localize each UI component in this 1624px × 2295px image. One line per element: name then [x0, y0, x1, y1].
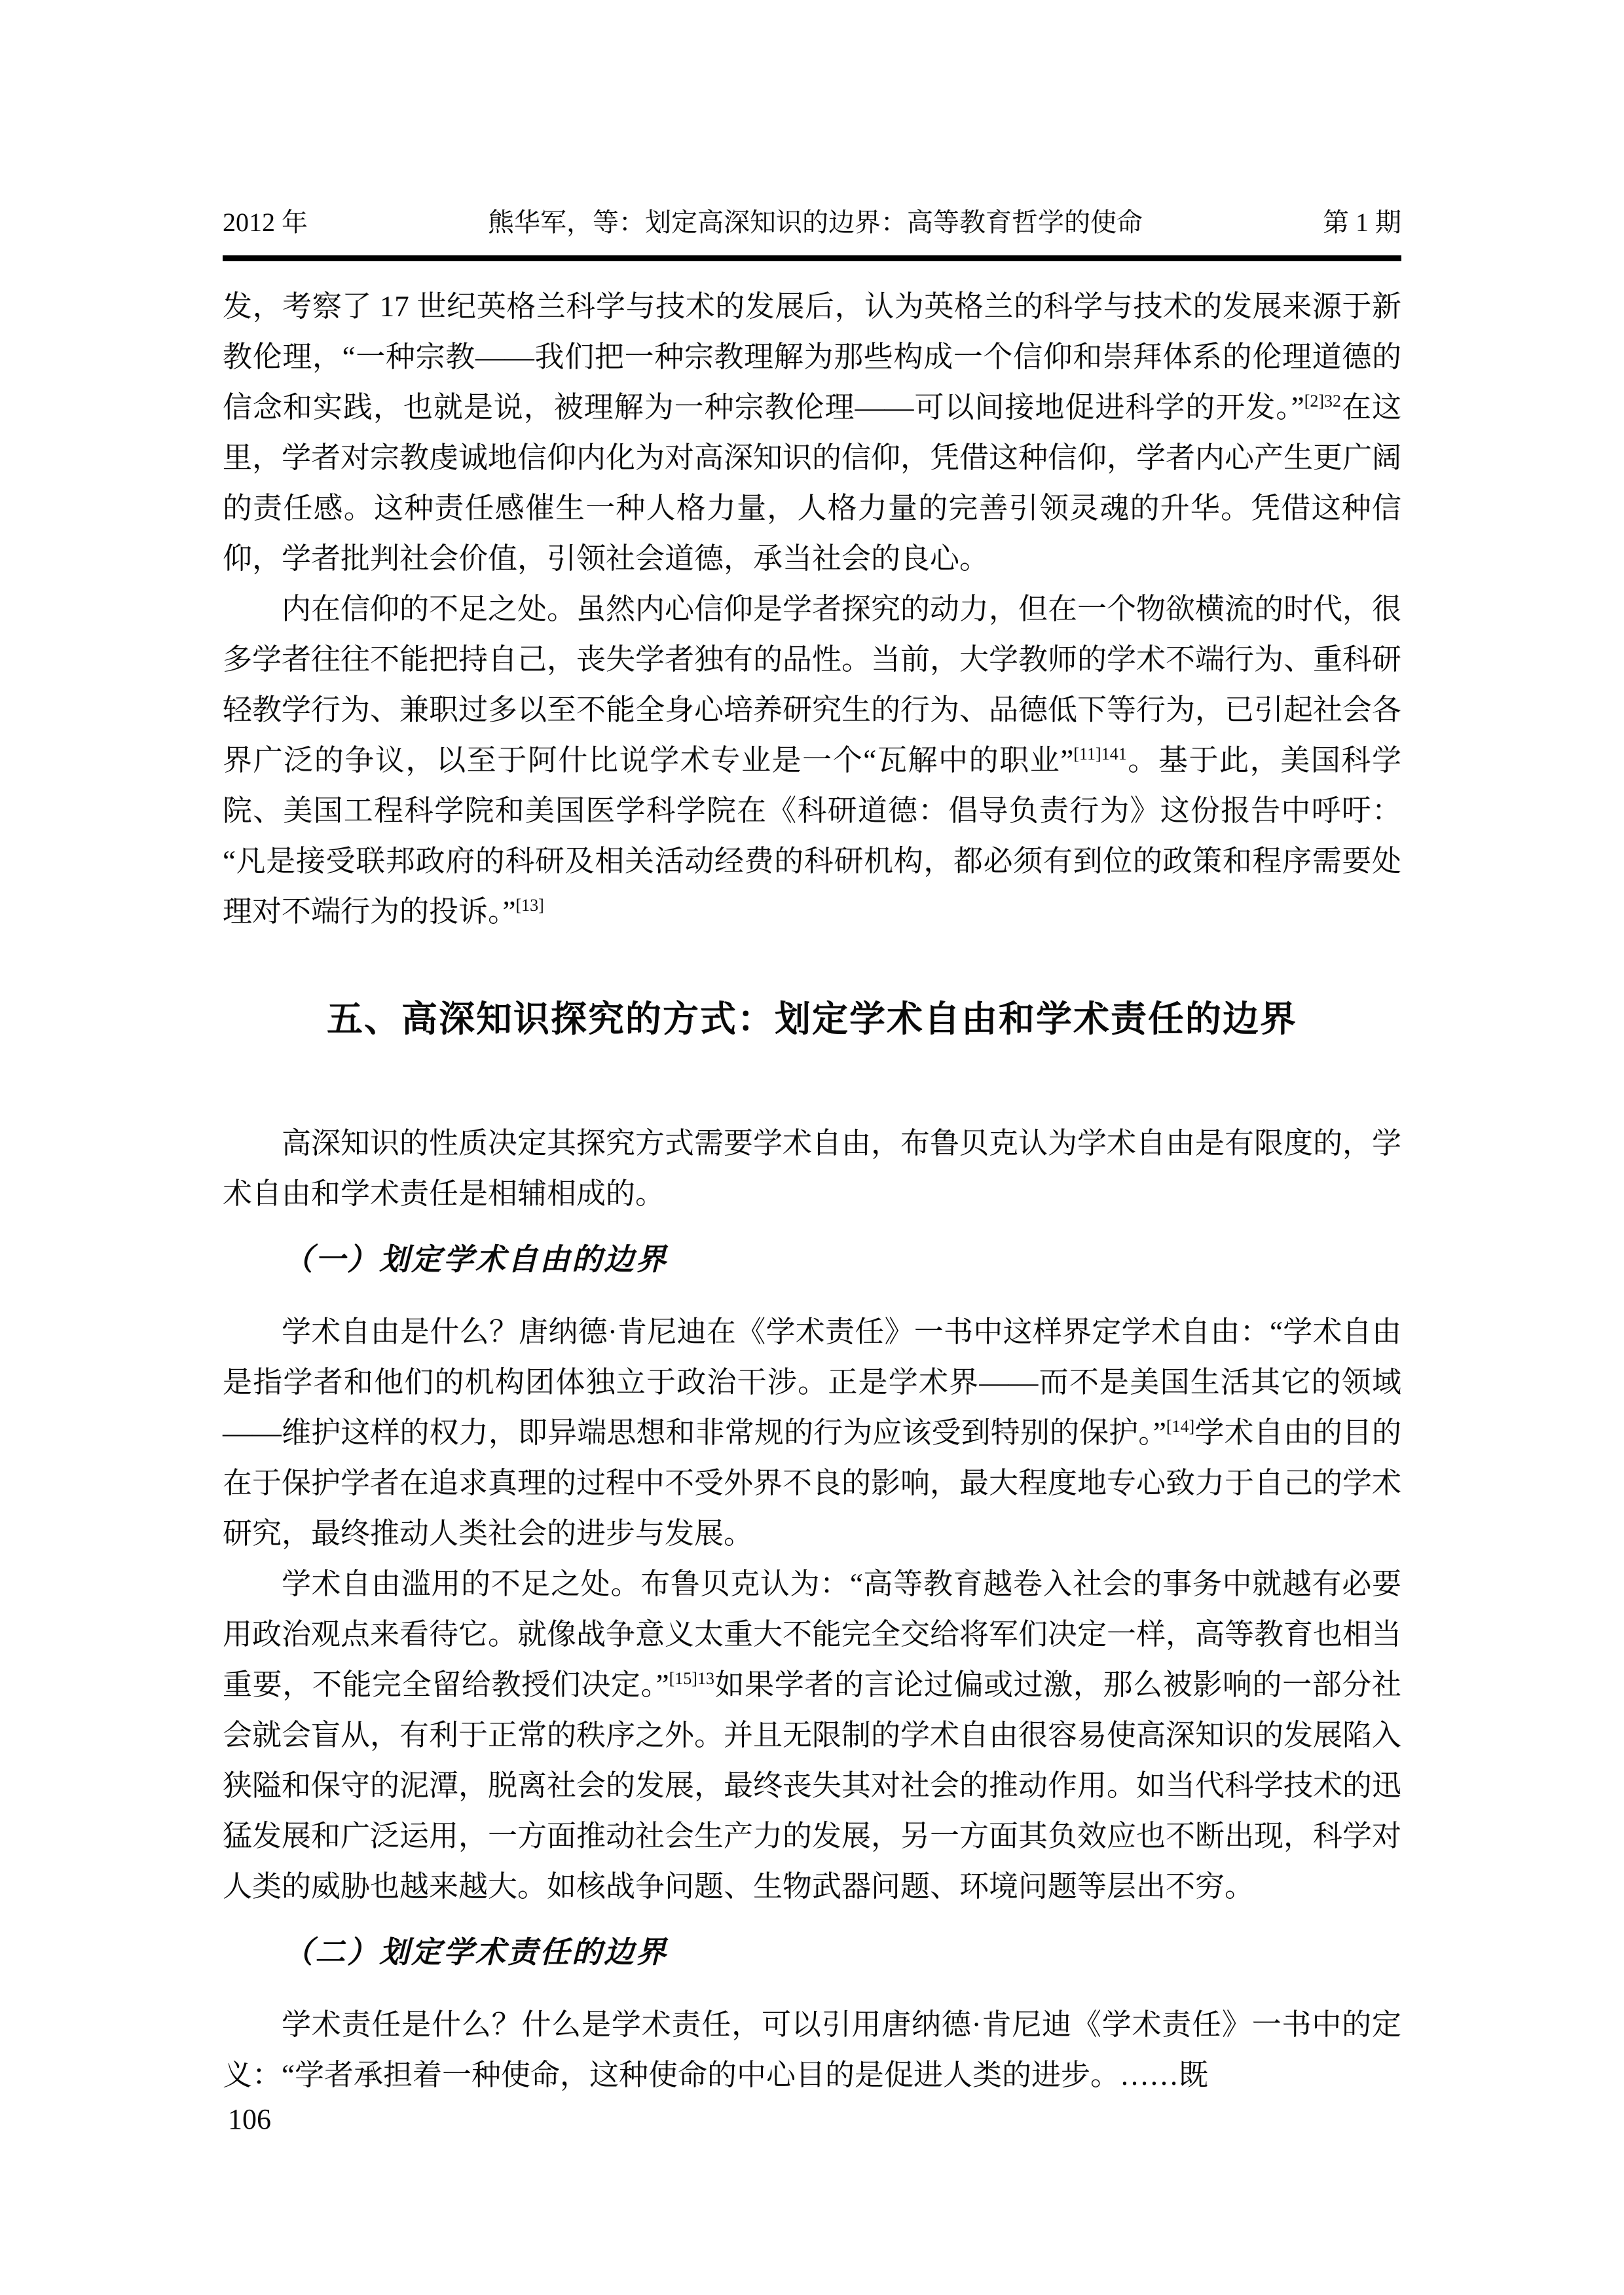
journal-page: 2012 年 熊华军，等：划定高深知识的边界：高等教育哲学的使命 第 1 期 发… [0, 0, 1624, 2295]
header-year: 2012 年 [223, 207, 308, 238]
subsection-heading-2: （二）划定学术责任的边界 [223, 1933, 1401, 1972]
paragraph-6-text: 学术责任是什么？什么是学术责任，可以引用唐纳德·肯尼迪《学术责任》一书中的定义：… [223, 2008, 1401, 2091]
header-title: 熊华军，等：划定高深知识的边界：高等教育哲学的使命 [308, 207, 1323, 238]
citation-ref-2: [2]32 [1304, 392, 1341, 411]
paragraph-3-text: 高深知识的性质决定其探究方式需要学术自由，布鲁贝克认为学术自由是有限度的，学术自… [223, 1127, 1401, 1210]
header-issue: 第 1 期 [1323, 207, 1401, 238]
page-number: 106 [228, 2103, 271, 2136]
citation-ref-15: [15]13 [669, 1669, 714, 1688]
subsection-heading-1: （一）划定学术自由的边界 [223, 1240, 1401, 1279]
paragraph-4: 学术自由是什么？唐纳德·肯尼迪在《学术责任》一书中这样界定学术自由：“学术自由是… [223, 1307, 1401, 1559]
paragraph-3: 高深知识的性质决定其探究方式需要学术自由，布鲁贝克认为学术自由是有限度的，学术自… [223, 1118, 1401, 1219]
paragraph-5: 学术自由滥用的不足之处。布鲁贝克认为：“高等教育越卷入社会的事务中就越有必要用政… [223, 1559, 1401, 1912]
article-body: 发，考察了 17 世纪英格兰科学与技术的发展后，认为英格兰的科学与技术的发展来源… [223, 275, 1401, 2101]
running-head: 2012 年 熊华军，等：划定高深知识的边界：高等教育哲学的使命 第 1 期 [223, 207, 1401, 238]
paragraph-6: 学术责任是什么？什么是学术责任，可以引用唐纳德·肯尼迪《学术责任》一书中的定义：… [223, 2000, 1401, 2101]
paragraph-5-text: 如果学者的言论过偏或过激，那么被影响的一部分社会就会盲从，有利于正常的秩序之外。… [223, 1668, 1401, 1903]
section-heading-5: 五、高深知识探究的方式：划定学术自由和学术责任的边界 [223, 999, 1401, 1040]
citation-ref-13: [13] [515, 896, 544, 915]
header-rule [223, 255, 1401, 261]
paragraph-1: 发，考察了 17 世纪英格兰科学与技术的发展后，认为英格兰的科学与技术的发展来源… [223, 282, 1401, 584]
paragraph-1-text: 发，考察了 17 世纪英格兰科学与技术的发展后，认为英格兰的科学与技术的发展来源… [223, 290, 1401, 424]
citation-ref-14: [14] [1166, 1417, 1194, 1436]
paragraph-2: 内在信仰的不足之处。虽然内心信仰是学者探究的动力，但在一个物欲横流的时代，很多学… [223, 584, 1401, 937]
citation-ref-11: [11]141 [1073, 744, 1126, 763]
